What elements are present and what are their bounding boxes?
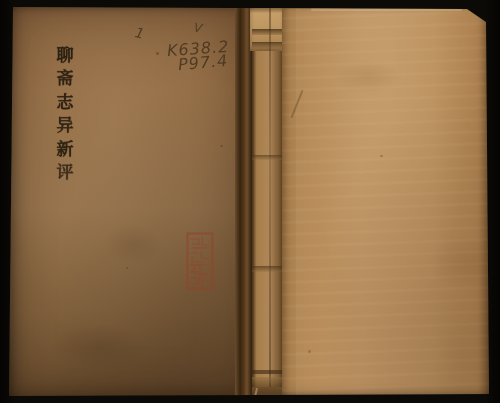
title-char: 评 (57, 165, 74, 182)
spine-crease (269, 5, 271, 397)
title-char: 斋 (57, 71, 74, 88)
photo-background: 聊 斋 志 异 新 评 1 V K638.2 P97.4 (0, 0, 500, 403)
speck (380, 155, 383, 157)
stitch-band (252, 42, 282, 48)
title-char: 异 (57, 118, 74, 135)
stitch-band (252, 370, 282, 374)
hinge-shadow (235, 5, 252, 397)
stain (103, 225, 163, 265)
speck (126, 267, 128, 269)
spine (252, 5, 282, 397)
speck (308, 350, 311, 353)
stitch-band (252, 155, 282, 160)
pen-check-mark: V (193, 20, 203, 35)
seal-graphic (186, 232, 214, 290)
stitch-band (252, 266, 282, 272)
title-char: 新 (57, 142, 74, 159)
top-edge-highlight (311, 8, 461, 11)
stain (48, 323, 148, 369)
pen-stroke-mark: 1 (133, 25, 146, 43)
back-cover (282, 5, 491, 397)
cover-fold-highlight (296, 5, 303, 397)
red-seal-stamp-icon (186, 232, 214, 290)
stitch-band (252, 29, 282, 35)
speck (220, 145, 223, 147)
front-cover: 聊 斋 志 异 新 评 1 V K638.2 P97.4 (8, 5, 243, 397)
title-vertical: 聊 斋 志 异 新 评 (52, 48, 78, 182)
book-cover-photo: 聊 斋 志 异 新 评 1 V K638.2 P97.4 (8, 5, 491, 397)
speck (156, 52, 159, 55)
title-char: 聊 (57, 48, 74, 65)
stitch-band (252, 377, 282, 387)
title-char: 志 (57, 95, 74, 112)
call-number-line-2: P97.4 (177, 51, 229, 74)
